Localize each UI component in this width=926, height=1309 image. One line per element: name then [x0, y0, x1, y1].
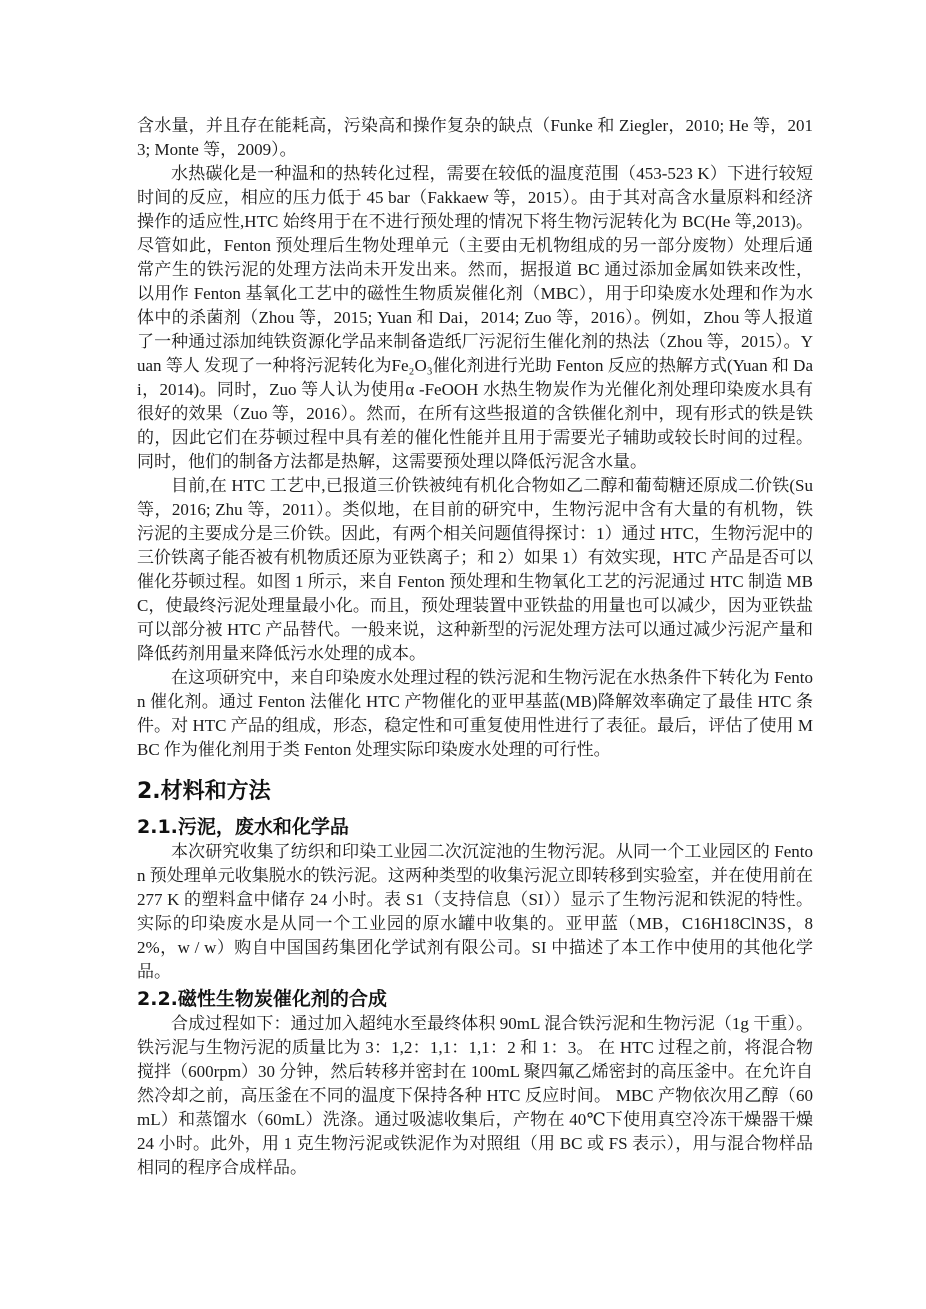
subsection-heading-sludge-wastewater-chemicals: 2.1.污泥，废水和化学品	[137, 815, 813, 840]
section-heading-materials-and-methods: 2.材料和方法	[137, 778, 813, 806]
paragraph-study-overview: 在这项研究中，来自印染废水处理过程的铁污泥和生物污泥在水热条件下转化为 Fent…	[137, 666, 813, 762]
paragraph-htc-background: 水热碳化是一种温和的热转化过程，需要在较低的温度范围（453-523 K）下进行…	[137, 162, 813, 474]
document-page: 含水量，并且存在能耗高，污染高和操作复杂的缺点（Funke 和 Ziegler，…	[0, 0, 926, 1309]
page-body: 含水量，并且存在能耗高，污染高和操作复杂的缺点（Funke 和 Ziegler，…	[137, 114, 813, 1180]
paragraph-sludge-wastewater-chemicals: 本次研究收集了纺织和印染工业园二次沉淀池的生物污泥。从同一个工业园区的 Fent…	[137, 840, 813, 984]
paragraph-research-questions: 目前,在 HTC 工艺中,已报道三价铁被纯有机化合物如乙二醇和葡萄糖还原成二价铁…	[137, 474, 813, 666]
paragraph-mbc-synthesis: 合成过程如下：通过加入超纯水至最终体积 90mL 混合铁污泥和生物污泥（1g 干…	[137, 1012, 813, 1180]
subsection-heading-mbc-synthesis: 2.2.磁性生物炭催化剂的合成	[137, 987, 813, 1012]
paragraph-intro-overflow: 含水量，并且存在能耗高，污染高和操作复杂的缺点（Funke 和 Ziegler，…	[137, 114, 813, 162]
